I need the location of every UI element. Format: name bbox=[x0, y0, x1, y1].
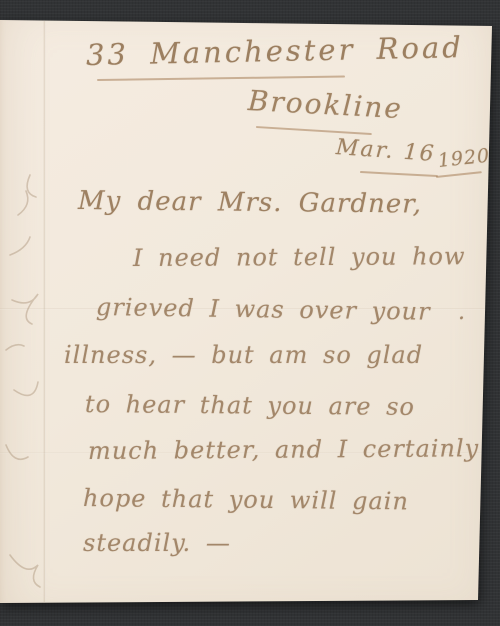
salutation-line: My dear Mrs. Gardner, bbox=[78, 186, 422, 220]
year-line: 1920 bbox=[437, 145, 491, 172]
body-line: hope that you will gain bbox=[83, 484, 409, 515]
year-underline bbox=[436, 171, 482, 178]
letter-paper-shadow: 33 Manchester Road Brookline Mar. 16 192… bbox=[0, 0, 500, 626]
address-line: 33 Manchester Road bbox=[86, 30, 464, 72]
body-line: to hear that you are so bbox=[85, 390, 415, 421]
body-line: illness, — but am so glad bbox=[64, 341, 423, 369]
body-line: steadily. — bbox=[83, 529, 231, 557]
city-underline bbox=[256, 126, 372, 135]
body-line: grieved I was over your bbox=[96, 293, 431, 326]
scan-background: 33 Manchester Road Brookline Mar. 16 192… bbox=[0, 0, 500, 626]
date-line: Mar. 16 bbox=[335, 135, 436, 167]
ink-showthrough-marks bbox=[0, 150, 52, 610]
letter-paper: 33 Manchester Road Brookline Mar. 16 192… bbox=[0, 0, 500, 626]
address-underline bbox=[97, 76, 345, 81]
city-line: Brookline bbox=[247, 84, 404, 125]
body-line: much better, and I certainly bbox=[88, 434, 479, 465]
date-underline bbox=[360, 171, 438, 177]
body-line: I need not tell you how bbox=[133, 242, 466, 272]
stray-period-mark: . bbox=[458, 300, 465, 325]
